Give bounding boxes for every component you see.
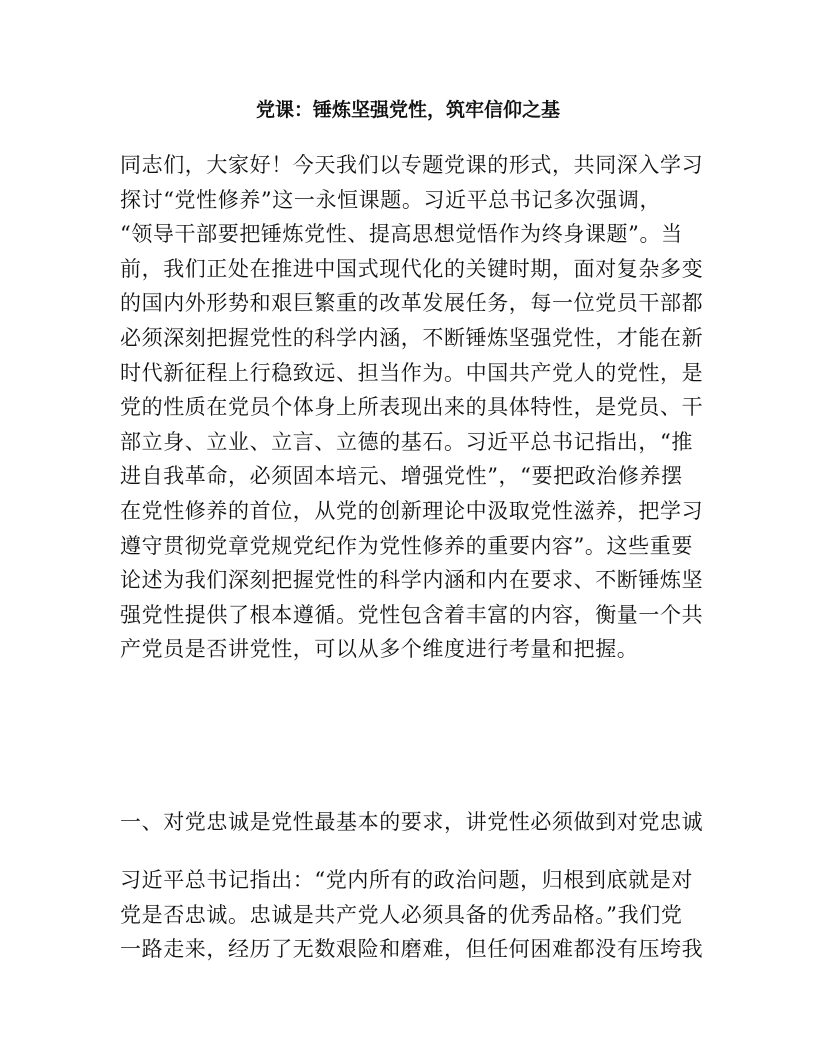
text-line: 论述为我们深刻把握党性的科学内涵和内在要求、不断锤炼坚 — [120, 563, 696, 598]
section-paragraph: 习近平总书记指出：“党内所有的政治问题，归根到底就是对 党是否忠诚。忠诚是共产党… — [120, 863, 696, 967]
text-line: 强党性提供了根本遵循。党性包含着丰富的内容，衡量一个共 — [120, 598, 696, 633]
text-line: 的国内外形势和艰巨繁重的改革发展任务，每一位党员干部都 — [120, 286, 696, 321]
text-line: 一路走来，经历了无数艰险和磨难，但任何困难都没有压垮我 — [120, 932, 696, 967]
text-line: 必须深刻把握党性的科学内涵，不断锤炼坚强党性，才能在新 — [120, 321, 696, 356]
text-line: 探讨“党性修养”这一永恒课题。习近平总书记多次强调， — [120, 183, 696, 218]
text-line: 同志们，大家好！今天我们以专题党课的形式，共同深入学习 — [120, 148, 696, 183]
document-title: 党课：锤炼坚强党性，筑牢信仰之基 — [120, 96, 696, 124]
text-line: 习近平总书记指出：“党内所有的政治问题，归根到底就是对 — [120, 863, 696, 898]
text-line: 前，我们正处在推进中国式现代化的关键时期，面对复杂多变 — [120, 252, 696, 287]
text-line: 进自我革命，必须固本培元、增强党性”，“要把政治修养摆 — [120, 459, 696, 494]
intro-paragraph: 同志们，大家好！今天我们以专题党课的形式，共同深入学习 探讨“党性修养”这一永恒… — [120, 148, 696, 667]
section-heading-block: 一、对党忠诚是党性最基本的要求，讲党性必须做到对党忠诚 — [120, 805, 696, 840]
text-line: 时代新征程上行稳致远、担当作为。中国共产党人的党性，是 — [120, 356, 696, 391]
text-line: “领导干部要把锤炼党性、提高思想觉悟作为终身课题”。当 — [120, 217, 696, 252]
section-heading: 一、对党忠诚是党性最基本的要求，讲党性必须做到对党忠诚 — [120, 805, 696, 840]
text-line: 党的性质在党员个体身上所表现出来的具体特性，是党员、干 — [120, 390, 696, 425]
text-line: 党是否忠诚。忠诚是共产党人必须具备的优秀品格。”我们党 — [120, 898, 696, 933]
text-line: 在党性修养的首位，从党的创新理论中汲取党性滋养，把学习 — [120, 494, 696, 529]
text-line: 遵守贯彻党章党规党纪作为党性修养的重要内容”。这些重要 — [120, 529, 696, 564]
text-line: 产党员是否讲党性，可以从多个维度进行考量和把握。 — [120, 632, 696, 667]
text-line: 部立身、立业、立言、立德的基石。习近平总书记指出，“推 — [120, 425, 696, 460]
